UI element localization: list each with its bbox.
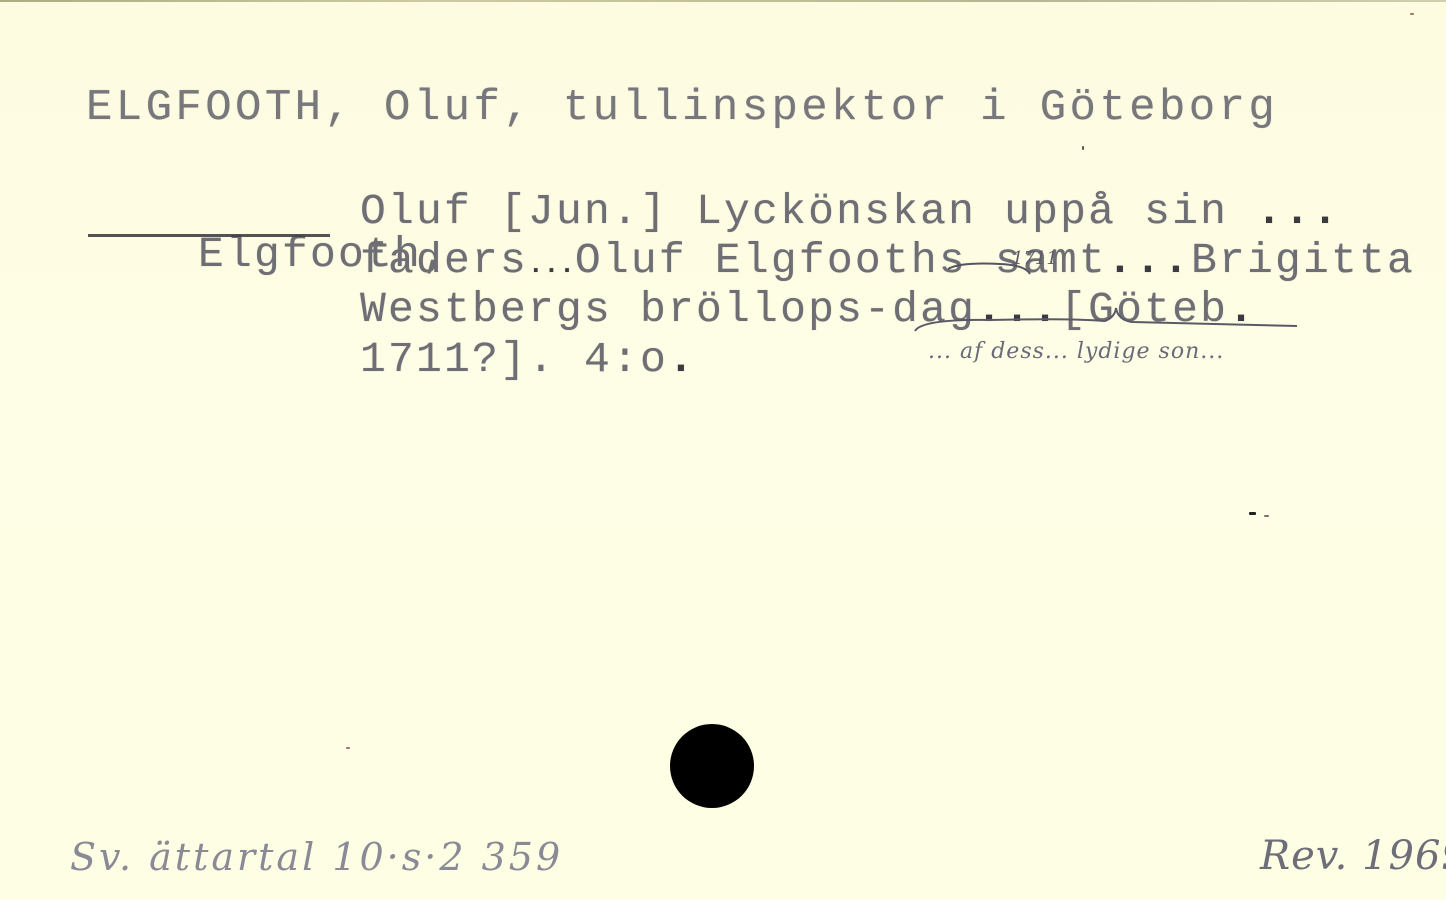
handwritten-note-insert: ... af dess... lydige son...	[928, 341, 1224, 363]
entry-line-1-text: Oluf [Jun.] Lyckönskan uppå sin	[360, 187, 1256, 236]
handwritten-revision-note: Rev. 1969	[1260, 836, 1446, 876]
punch-hole-icon	[670, 724, 754, 808]
handwritten-reference: Sv. ättartal 10·s·2 359	[70, 838, 563, 876]
paper-speck	[1082, 146, 1084, 150]
paper-speck	[1410, 13, 1414, 15]
entry-line-3-pre: Westbergs bröllops-dag	[360, 285, 976, 334]
paper-speck	[1249, 512, 1256, 515]
card-heading: ELGFOOTH, Oluf, tullinspektor i Göteborg	[86, 86, 1278, 130]
paper-speck	[1264, 515, 1269, 517]
author-heading-underline	[88, 234, 330, 237]
paper-speck	[346, 747, 350, 749]
entry-line-1: Oluf [Jun.] Lyckönskan uppå sin ...	[360, 190, 1340, 233]
entry-line-1-ellipsis: ...	[1256, 187, 1340, 236]
catalog-card: ELGFOOTH, Oluf, tullinspektor i Göteborg…	[0, 0, 1446, 900]
entry-line-4-pre: 1711?]. 4:o	[360, 335, 668, 384]
entry-line-2-ellipsis: ...	[528, 250, 575, 280]
handwritten-year-insert: 1711	[1012, 250, 1058, 268]
entry-line-4: 1711?]. 4:o.	[360, 338, 696, 381]
card-top-edge	[0, 0, 1446, 2]
entry-line-4-period: .	[668, 335, 696, 384]
entry-line-2-pre: faders	[360, 236, 528, 285]
